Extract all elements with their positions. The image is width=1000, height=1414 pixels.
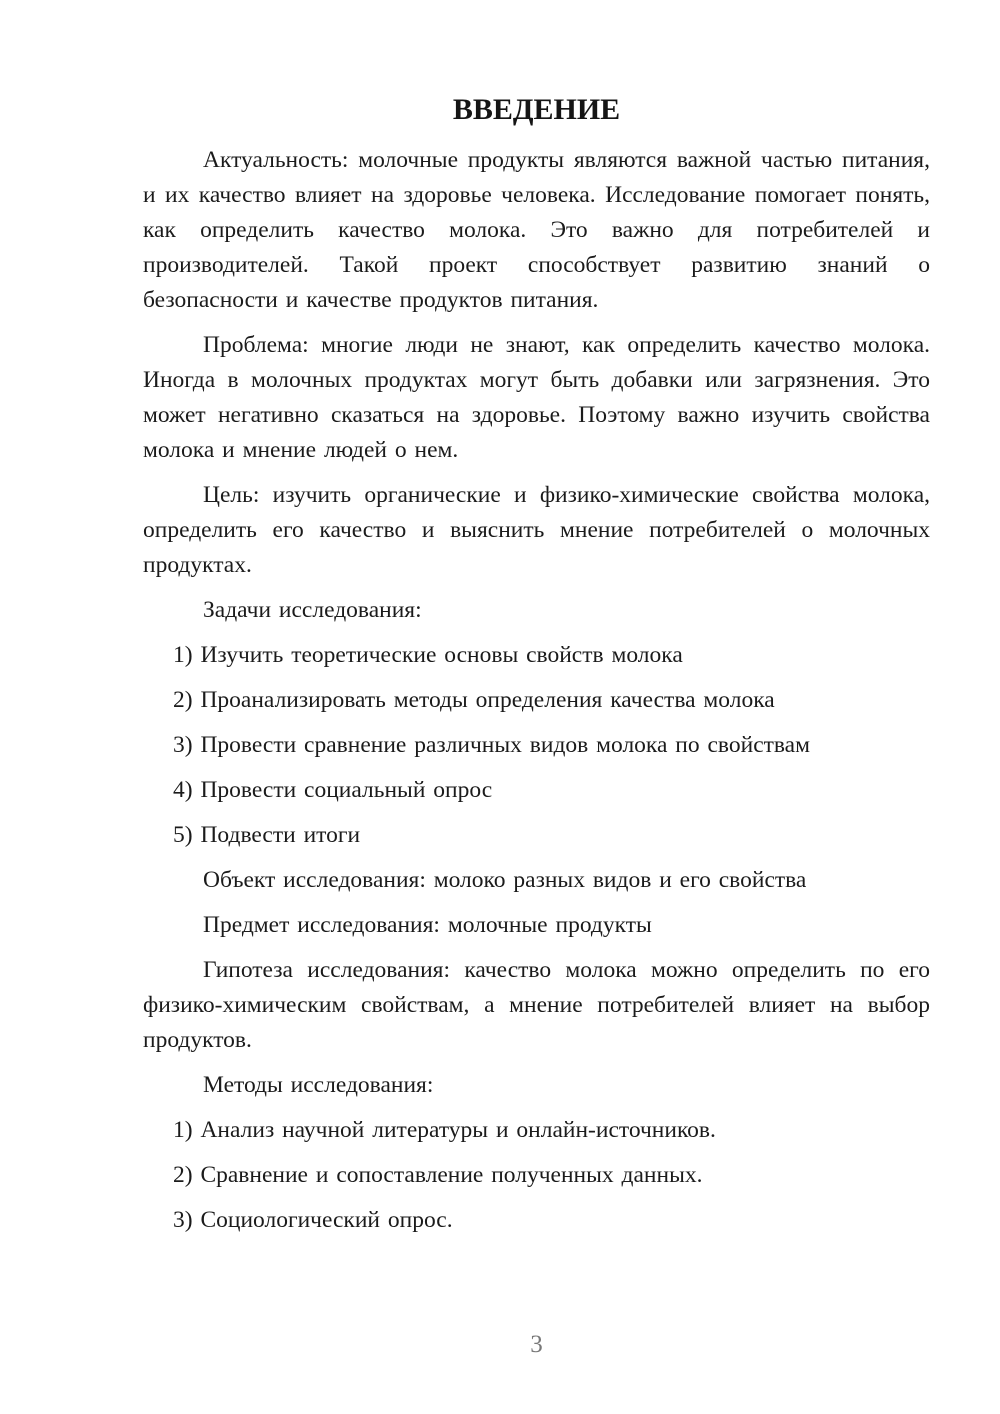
paragraph-problem: Проблема: многие люди не знают, как опре… bbox=[143, 328, 930, 468]
paragraph-object: Объект исследования: молоко разных видов… bbox=[143, 863, 930, 898]
page-content: ВВЕДЕНИЕ Актуальность: молочные продукты… bbox=[143, 90, 930, 1248]
page-number: 3 bbox=[143, 1330, 930, 1360]
method-item-1: 1) Анализ научной литературы и онлайн-ис… bbox=[173, 1113, 930, 1148]
task-item-1: 1) Изучить теоретические основы свойств … bbox=[173, 638, 930, 673]
tasks-heading: Задачи исследования: bbox=[143, 593, 930, 628]
paragraph-goal: Цель: изучить органические и физико-хими… bbox=[143, 478, 930, 583]
task-item-2: 2) Проанализировать методы определения к… bbox=[173, 683, 930, 718]
methods-heading: Методы исследования: bbox=[143, 1068, 930, 1103]
task-item-3: 3) Провести сравнение различных видов мо… bbox=[173, 728, 930, 763]
document-page: ВВЕДЕНИЕ Актуальность: молочные продукты… bbox=[0, 0, 1000, 1414]
paragraph-subject: Предмет исследования: молочные продукты bbox=[143, 908, 930, 943]
paragraph-hypothesis: Гипотеза исследования: качество молока м… bbox=[143, 953, 930, 1058]
method-item-3: 3) Социологический опрос. bbox=[173, 1203, 930, 1238]
section-title: ВВЕДЕНИЕ bbox=[143, 90, 930, 130]
task-item-5: 5) Подвести итоги bbox=[173, 818, 930, 853]
task-item-4: 4) Провести социальный опрос bbox=[173, 773, 930, 808]
paragraph-relevance: Актуальность: молочные продукты являются… bbox=[143, 143, 930, 318]
method-item-2: 2) Сравнение и сопоставление полученных … bbox=[173, 1158, 930, 1193]
